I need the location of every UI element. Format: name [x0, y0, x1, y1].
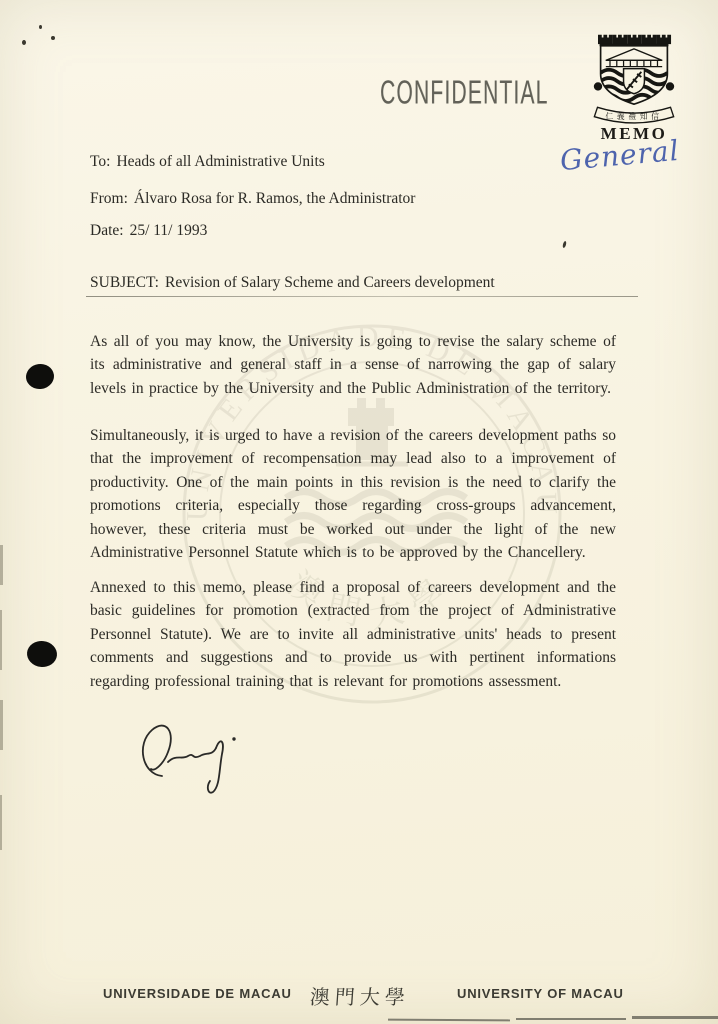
- footer-portuguese-name: UNIVERSIDADE DE MACAU: [103, 986, 292, 1001]
- field-from-value: Álvaro Rosa for R. Ramos, the Administra…: [134, 190, 416, 207]
- scan-artifact-line: [632, 1016, 718, 1019]
- handwritten-annotation: General: [559, 134, 681, 177]
- paper-edge-mark: [0, 795, 2, 850]
- subject-divider-rule: [86, 296, 638, 297]
- body-paragraph-1: As all of you may know, the University i…: [90, 330, 616, 400]
- field-to-value: Heads of all Administrative Units: [116, 153, 324, 170]
- body-paragraph-3: Annexed to this memo, please find a prop…: [90, 576, 616, 693]
- memo-page: UNIVERSIDADE DE MACAU 澳門大學 CONFIDENTIAL: [0, 0, 718, 1024]
- crest-motto: 仁義禮知信: [605, 111, 662, 121]
- signature-scribble: [122, 712, 292, 807]
- ink-speck: [22, 40, 26, 45]
- field-date-label: Date:: [90, 222, 124, 239]
- footer-chinese-name: 澳門大學: [309, 981, 411, 1010]
- punch-hole-mark: [26, 640, 59, 669]
- scan-artifact-line: [516, 1018, 626, 1020]
- paper-edge-mark: [0, 610, 2, 670]
- field-subject-label: SUBJECT:: [90, 274, 159, 291]
- ink-speck: [562, 241, 567, 249]
- field-subject-value: Revision of Salary Scheme and Careers de…: [165, 274, 495, 291]
- field-date: Date:25/ 11/ 1993: [90, 222, 207, 240]
- ink-speck: [39, 25, 42, 29]
- confidential-stamp: CONFIDENTIAL: [380, 74, 549, 112]
- field-subject: SUBJECT:Revision of Salary Scheme and Ca…: [90, 274, 495, 292]
- field-from-label: From:: [90, 190, 128, 207]
- body-paragraph-2: Simultaneously, it is urged to have a re…: [90, 424, 616, 564]
- paper-edge-mark: [0, 545, 3, 585]
- field-date-value: 25/ 11/ 1993: [130, 222, 208, 239]
- field-to-label: To:: [90, 153, 110, 170]
- scan-artifact-line: [388, 1019, 510, 1022]
- university-crest: 仁義禮知信: [590, 28, 678, 124]
- punch-hole-mark: [24, 362, 55, 391]
- paper-edge-mark: [0, 700, 3, 750]
- ink-speck: [51, 36, 55, 40]
- field-from: From:Álvaro Rosa for R. Ramos, the Admin…: [90, 190, 415, 208]
- footer-english-name: UNIVERSITY OF MACAU: [457, 986, 624, 1001]
- field-to: To:Heads of all Administrative Units: [90, 153, 325, 171]
